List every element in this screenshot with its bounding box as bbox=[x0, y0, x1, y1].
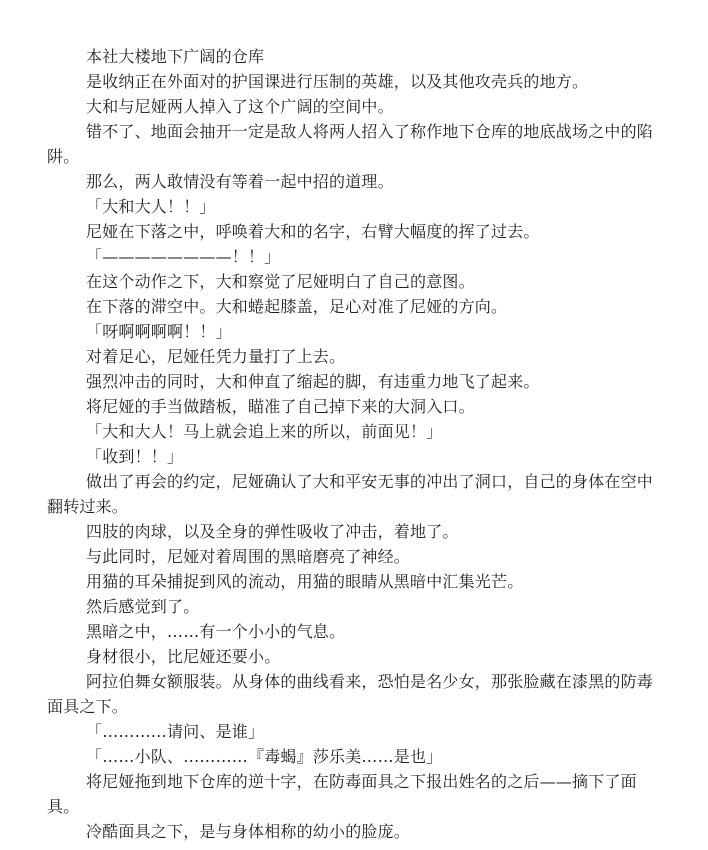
paragraph: 错不了、地面会抽开一定是敌人将两人招入了称作地下仓库的地底战场之中的陷阱。 bbox=[47, 119, 663, 169]
dialogue-line: 「————————！！」 bbox=[47, 244, 663, 269]
paragraph: 将尼娅拖到地下仓库的逆十字，在防毒面具之下报出姓名的之后——摘下了面具。 bbox=[47, 769, 663, 819]
paragraph: 做出了再会的约定，尼娅确认了大和平安无事的冲出了洞口，自己的身体在空中翻转过来。 bbox=[47, 469, 663, 519]
dialogue-line: 「收到！！」 bbox=[47, 444, 663, 469]
paragraph: 用猫的耳朵捕捉到风的流动，用猫的眼睛从黑暗中汇集光芒。 bbox=[47, 569, 663, 594]
paragraph: 黑暗之中，……有一个小小的气息。 bbox=[47, 619, 663, 644]
dialogue-line: 「呀啊啊啊啊！！」 bbox=[47, 319, 663, 344]
paragraph: 大和与尼娅两人掉入了这个广阔的空间中。 bbox=[47, 94, 663, 119]
novel-page: 本社大楼地下广阔的仓库 是收纳正在外面对的护国课进行压制的英雄，以及其他攻壳兵的… bbox=[0, 0, 708, 850]
paragraph: 将尼娅的手当做踏板，瞄准了自己掉下来的大洞入口。 bbox=[47, 394, 663, 419]
dialogue-line: 「…………请问、是谁」 bbox=[47, 719, 663, 744]
dialogue-line: 「大和大人！马上就会追上来的所以，前面见！」 bbox=[47, 419, 663, 444]
paragraph: 然后感觉到了。 bbox=[47, 594, 663, 619]
paragraph: 阿拉伯舞女额服装。从身体的曲线看来，恐怕是名少女，那张脸藏在漆黑的防毒面具之下。 bbox=[47, 669, 663, 719]
paragraph: 那么，两人敢情没有等着一起中招的道理。 bbox=[47, 169, 663, 194]
paragraph: 是收纳正在外面对的护国课进行压制的英雄，以及其他攻壳兵的地方。 bbox=[47, 69, 663, 94]
paragraph: 身材很小，比尼娅还要小。 bbox=[47, 644, 663, 669]
dialogue-line: 「大和大人！！」 bbox=[47, 194, 663, 219]
paragraph: 对着足心，尼娅任凭力量打了上去。 bbox=[47, 344, 663, 369]
paragraph: 在下落的滞空中。大和蜷起膝盖，足心对准了尼娅的方向。 bbox=[47, 294, 663, 319]
paragraph: 与此同时，尼娅对着周围的黑暗磨亮了神经。 bbox=[47, 544, 663, 569]
paragraph: 四肢的肉球，以及全身的弹性吸收了冲击，着地了。 bbox=[47, 519, 663, 544]
paragraph: 冷酷面具之下，是与身体相称的幼小的脸庞。 bbox=[47, 819, 663, 844]
paragraph: 本社大楼地下广阔的仓库 bbox=[47, 44, 663, 69]
paragraph: 尼娅在下落之中，呼唤着大和的名字，右臂大幅度的挥了过去。 bbox=[47, 219, 663, 244]
dialogue-line: 「……小队、…………『毒蝎』莎乐美……是也」 bbox=[47, 744, 663, 769]
paragraph: 强烈冲击的同时，大和伸直了缩起的脚，有违重力地飞了起来。 bbox=[47, 369, 663, 394]
paragraph: 在这个动作之下，大和察觉了尼娅明白了自己的意图。 bbox=[47, 269, 663, 294]
